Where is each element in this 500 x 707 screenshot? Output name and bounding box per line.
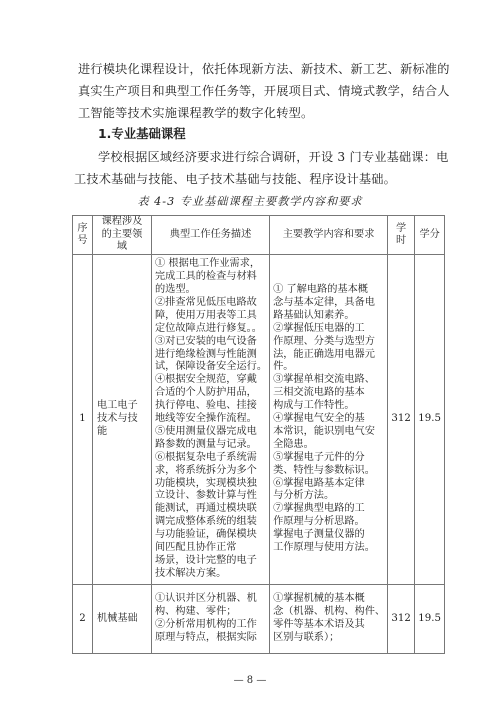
header-num: 序号 <box>73 216 93 255</box>
row-hours: 312 <box>388 255 415 585</box>
section-line: 学校根据区域经济要求进行综合调研，开设 3 门专业基础课：电 <box>74 146 430 168</box>
row-desc: ① 根据电工作业需求， 完成工具的检查与材料 的选型。 ②排查常见低压电路故 障… <box>152 255 270 585</box>
header-field: 课程涉及的主要领域 <box>93 216 152 255</box>
table-header-row: 序号 课程涉及的主要领域 典型工作任务描述 主要教学内容和要求 学时 学分 <box>73 216 445 255</box>
section-paragraph: 学校根据区域经济要求进行综合调研，开设 3 门专业基础课：电 工技术基础与技能、… <box>74 146 430 190</box>
row-credit: 19.5 <box>415 585 445 654</box>
row-field: 电工电子 技术与技 能 <box>93 255 152 585</box>
header-hours: 学时 <box>388 216 415 255</box>
row-req: ①掌握机械的基本概 念（机器、机构、构件、 零件等基本术语及其 区别与联系）； <box>270 585 388 654</box>
table-row: 1 电工电子 技术与技 能 ① 根据电工作业需求， 完成工具的检查与材料 的选型… <box>73 255 445 585</box>
row-hours: 312 <box>388 585 415 654</box>
row-req: ① 了解电路的基本概 念与基本定律，具备电 路基础认知素养。 ②掌握低压电器的工… <box>270 255 388 585</box>
row-field: 机械基础 <box>93 585 152 654</box>
row-desc: ①认识并区分机器、机 构、构建、零件； ②分析常用机构的工作 原理与特点，根据实… <box>152 585 270 654</box>
row-credit: 19.5 <box>415 255 445 585</box>
header-req: 主要教学内容和要求 <box>270 216 388 255</box>
course-table: 序号 课程涉及的主要领域 典型工作任务描述 主要教学内容和要求 学时 学分 1 … <box>72 215 445 654</box>
intro-line: 真实生产项目和典型工作任务等，开展项目式、情境式教学，结合人 <box>78 80 428 102</box>
row-num: 2 <box>73 585 93 654</box>
table-row: 2 机械基础 ①认识并区分机器、机 构、构建、零件； ②分析常用机构的工作 原理… <box>73 585 445 654</box>
page-number: — 8 — <box>0 675 500 686</box>
section-line: 工技术基础与技能、电子技术基础与技能、程序设计基础。 <box>50 168 430 190</box>
section-heading: 1.专业基础课程 <box>98 124 186 142</box>
header-desc: 典型工作任务描述 <box>152 216 270 255</box>
header-credit: 学分 <box>415 216 445 255</box>
row-num: 1 <box>73 255 93 585</box>
intro-paragraph: 进行模块化课程设计，依托体现新方法、新技术、新工艺、新标准的 真实生产项目和典型… <box>78 58 428 124</box>
intro-line: 进行模块化课程设计，依托体现新方法、新技术、新工艺、新标准的 <box>78 58 428 80</box>
table-caption: 表 4-3 专业基础课程主要教学内容和要求 <box>0 193 500 209</box>
intro-line: 工智能等技术实施课程教学的数字化转型。 <box>78 102 428 124</box>
